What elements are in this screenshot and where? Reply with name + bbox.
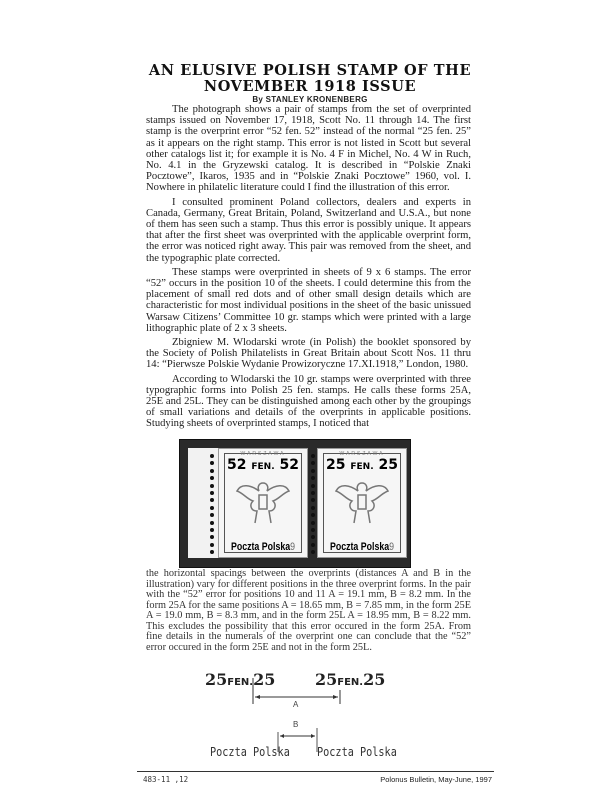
article-title: AN ELUSIVE POLISH STAMP OF THE NOVEMBER … <box>130 63 490 95</box>
paragraph: These stamps were overprinted in sheets … <box>146 267 471 334</box>
spacing-diagram: 25FEN.25 25FEN.25 A B Poczta Polska Pocz… <box>195 670 415 765</box>
document-page: AN ELUSIVE POLISH STAMP OF THE NOVEMBER … <box>0 0 614 800</box>
footer-page-reference: 483-11 ,12 <box>143 775 188 784</box>
paragraph: Zbigniew M. Wlodarski wrote (in Polish) … <box>146 337 471 371</box>
stamp-error-52: WARSZAWA 52 FEN. 52 Poczta Polska9 <box>218 448 308 558</box>
perforation-dots-middle <box>311 454 315 557</box>
overprint-52: 52 FEN. 52 <box>219 457 307 473</box>
eagle-icon <box>332 475 392 531</box>
article-body-top: The photograph shows a pair of stamps fr… <box>146 104 471 433</box>
paragraph: According to Wlodarski the 10 gr. stamps… <box>146 374 471 430</box>
paragraph: the horizontal spacings between the over… <box>146 569 471 653</box>
stamp-normal-25: WARSZAWA 25 FEN. 25 Poczta Polska9 <box>317 448 407 558</box>
diagram-poczta-left: Poczta Polska <box>210 745 290 759</box>
overprint-25: 25 FEN. 25 <box>318 457 406 473</box>
overprint-poczta-polska: Poczta Polska9 <box>327 541 397 553</box>
label-distance-b: B <box>293 720 298 729</box>
paragraph: I consulted prominent Poland collectors,… <box>146 197 471 264</box>
stamp-pair-photo: WARSZAWA 52 FEN. 52 Poczta Polska9 WARSZ… <box>179 439 411 568</box>
diagram-poczta-right: Poczta Polska <box>317 745 397 759</box>
overprint-poczta-polska: Poczta Polska9 <box>228 541 298 553</box>
perforation-dots-left <box>210 454 214 557</box>
label-distance-a: A <box>293 700 298 709</box>
footer-publication: Polonus Bulletin, May-June, 1997 <box>380 775 492 784</box>
footer-divider <box>137 771 494 772</box>
title-line-2: NOVEMBER 1918 ISSUE <box>130 79 490 95</box>
byline: By STANLEY KRONENBERG <box>130 95 490 104</box>
title-line-1: AN ELUSIVE POLISH STAMP OF THE <box>130 63 490 79</box>
eagle-icon <box>233 475 293 531</box>
article-body-bottom: the horizontal spacings between the over… <box>146 569 471 656</box>
paragraph: The photograph shows a pair of stamps fr… <box>146 104 471 194</box>
